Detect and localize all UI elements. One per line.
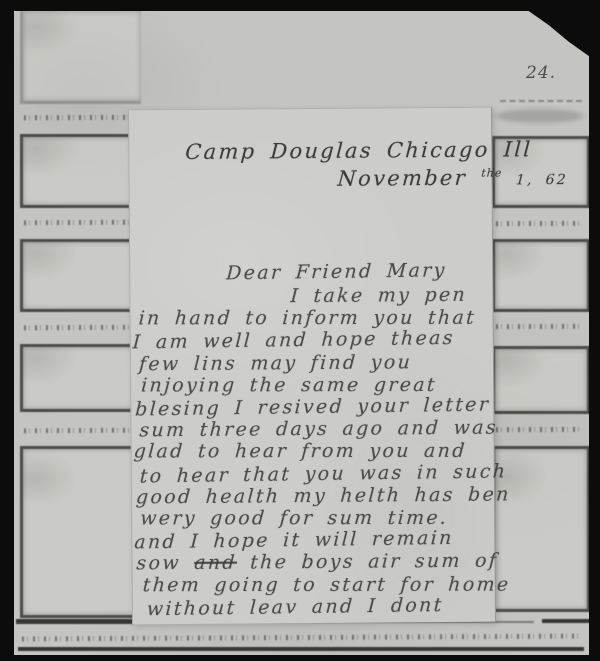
stitch-band <box>22 634 582 642</box>
letter-line: few lins may find you <box>138 351 412 375</box>
letter-text: injoying the same great <box>140 374 437 397</box>
photo-frame: 24. Camp Douglas Chicago Ill November th… <box>0 0 600 661</box>
letter-text: sum three days ago and was <box>139 417 499 442</box>
album-slot <box>20 446 142 618</box>
stitch-band <box>500 100 582 102</box>
letter-line: in hand to inform you that <box>138 307 477 330</box>
letter-line: without leav and I dont <box>146 594 444 620</box>
letter-text: Dear Friend Mary <box>226 259 448 284</box>
letter-line: sum three days ago and was <box>139 417 499 442</box>
album-slot <box>20 239 142 312</box>
stitch-band <box>496 427 584 432</box>
page-number: 24. <box>526 63 556 83</box>
letter-line: wery good for sum time. <box>140 507 450 530</box>
letter-line: glad to hear from you and <box>133 440 467 463</box>
letter-text: in hand to inform you that <box>138 307 477 330</box>
letter-body: Dear Friend MaryI take my penin hand to … <box>129 108 495 625</box>
letter-text: glad to hear from you and <box>133 440 467 463</box>
letter-text: good health my helth has ben <box>135 483 511 508</box>
letter-line: Dear Friend Mary <box>226 259 448 284</box>
stitch-band <box>24 115 140 121</box>
letter-text: them going to start for home <box>142 573 511 596</box>
stitch-band <box>24 428 140 434</box>
letter-line: them going to start for home <box>142 573 511 596</box>
letter-text: wery good for sum time. <box>140 507 450 530</box>
album-slot <box>492 346 590 414</box>
letter-text: without leav and I dont <box>146 594 444 620</box>
slot-edge-bar <box>542 619 590 623</box>
struck-word: and <box>194 552 238 574</box>
date-rest: 1, 62 <box>515 172 568 188</box>
slot-edge-bar <box>18 647 584 651</box>
album-slot <box>20 11 141 104</box>
letter-text: the boys air sum of <box>236 550 499 574</box>
stitch-band <box>496 221 584 226</box>
letter-line: I take my pen <box>290 284 468 307</box>
album-slot <box>20 344 142 412</box>
stitch-band <box>24 220 140 226</box>
stitch-band <box>496 324 584 329</box>
letter-text: I am well and hope theas <box>132 327 455 354</box>
letter-text: few lins may find you <box>138 351 412 375</box>
album-slot <box>492 239 590 312</box>
letter-text: I take my pen <box>290 284 468 307</box>
letter-line: injoying the same great <box>140 374 437 397</box>
letter-line: sow and the boys air sum of <box>136 550 499 575</box>
smudge-mark <box>496 109 584 123</box>
letter-paper: Camp Douglas Chicago Ill November the 1,… <box>128 107 496 625</box>
album-slot <box>20 134 142 208</box>
letter-text: sow <box>136 552 195 574</box>
letter-line: I am well and hope theas <box>132 327 455 354</box>
stitch-band <box>24 325 140 331</box>
slot-edge-bar <box>16 619 134 624</box>
letter-line: good health my helth has ben <box>135 483 511 508</box>
